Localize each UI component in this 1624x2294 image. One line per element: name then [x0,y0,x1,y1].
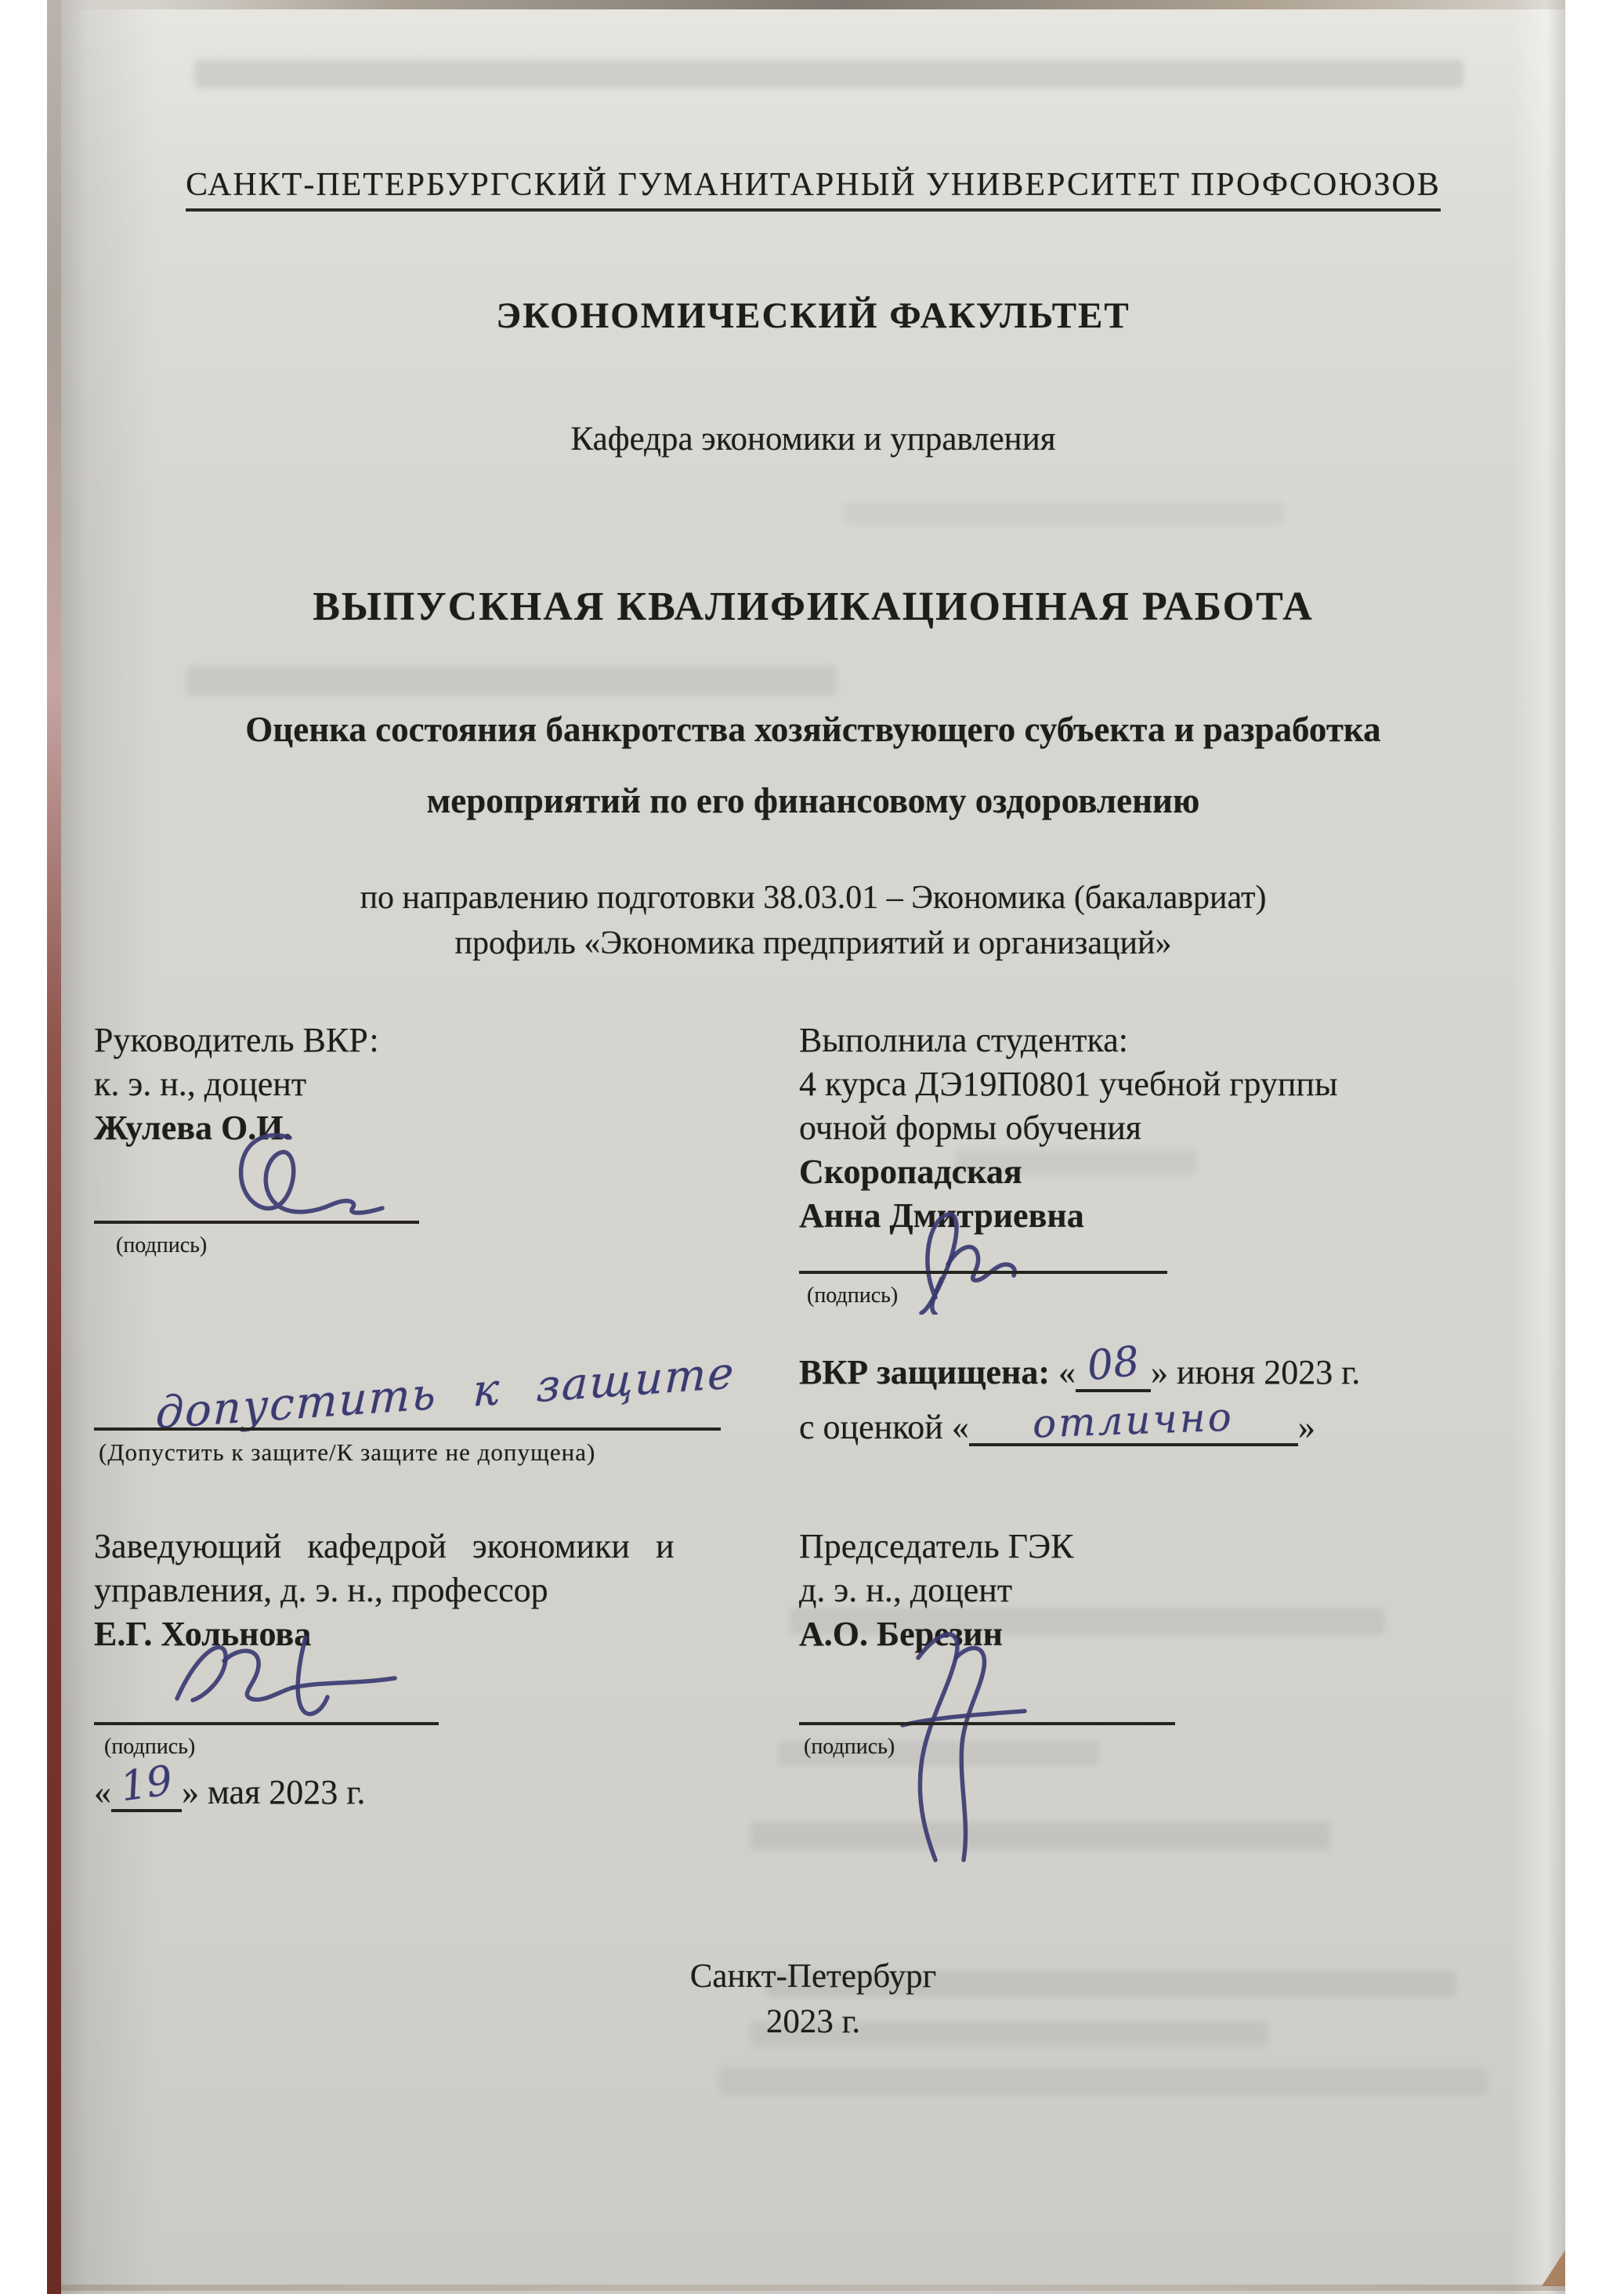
thesis-title-line2: мероприятий по его финансовому оздоровле… [61,780,1565,821]
page-top-edge-shadow [61,0,1565,9]
bleed-through-ghost [194,60,1463,88]
university-name: САНКТ-ПЕТЕРБУРГСКИЙ ГУМАНИТАРНЫЙ УНИВЕРС… [61,166,1565,204]
department-name: Кафедра экономики и управления [61,420,1565,458]
head-signature-caption: (подпись) [104,1735,195,1760]
page-bottom-edge-shadow [61,2285,1565,2291]
document-page: САНКТ-ПЕТЕРБУРГСКИЙ ГУМАНИТАРНЫЙ УНИВЕРС… [61,0,1565,2294]
student-surname: Скоропадская [799,1152,1022,1192]
gek-line1: Председатель ГЭК [799,1526,1074,1566]
defense-grade-suffix: » [1298,1408,1315,1446]
defense-close-quote: » [1151,1353,1168,1391]
supervisor-signature-line [94,1221,419,1224]
program-line1: по направлению подготовки 38.03.01 – Эко… [61,879,1565,917]
faculty-name: ЭКОНОМИЧЕСКИЙ ФАКУЛЬТЕТ [61,295,1565,337]
defense-grade-prefix: с оценкой « [799,1408,969,1446]
head-line2: управления, д. э. н., профессор [94,1570,548,1610]
supervisor-signature-caption: (подпись) [116,1233,207,1258]
student-signature [884,1197,1087,1315]
supervisor-degree: к. э. н., доцент [94,1064,306,1104]
photographed-title-page: САНКТ-ПЕТЕРБУРГСКИЙ ГУМАНИТАРНЫЙ УНИВЕРС… [0,0,1624,2294]
defense-open-quote: « [1058,1353,1076,1391]
head-date-rest: » мая 2023 г. [182,1773,365,1811]
admission-caption: (Допустить к защите/К защите не допущена… [99,1438,595,1467]
footer-city: Санкт-Петербург [61,1957,1565,1995]
gek-signature [868,1616,1056,1874]
defense-line1: ВКР защищена: «08» июня 2023 г. [799,1352,1360,1392]
student-signature-line [799,1271,1167,1274]
student-form-line: очной формы обучения [799,1108,1141,1148]
defense-line2: с оценкой «отлично» [799,1407,1315,1447]
head-signature-line [94,1722,439,1725]
thesis-title-line1: Оценка состояния банкротства хозяйствующ… [61,709,1565,750]
student-label: Выполнила студентка: [799,1020,1128,1060]
admission-line [94,1427,721,1431]
head-date-day-handwritten: 19 [118,1763,175,1807]
head-line1: Заведующий кафедрой экономики и [94,1526,675,1566]
student-group-line: 4 курса ДЭ19П0801 учебной группы [799,1064,1338,1104]
student-signature-caption: (подпись) [807,1283,898,1308]
defense-label: ВКР защищена: [799,1353,1050,1391]
head-date-line: «19» мая 2023 г. [94,1772,365,1812]
supervisor-label: Руководитель ВКР: [94,1020,379,1060]
bleed-through-ghost [845,501,1283,525]
work-type-heading: ВЫПУСКНАЯ КВАЛИФИКАЦИОННАЯ РАБОТА [61,584,1565,630]
binding-corner [1542,2250,1565,2286]
admission-handwritten-resolution: допустить к защите [155,1348,736,1439]
head-signature [155,1620,421,1722]
supervisor-signature [155,1127,414,1228]
gek-signature-line [799,1722,1175,1725]
defense-date-rest: июня 2023 г. [1177,1353,1360,1391]
defense-grade-handwritten: отлично [1033,1400,1235,1442]
gek-signature-caption: (подпись) [804,1735,895,1760]
program-line2: профиль «Экономика предприятий и организ… [61,924,1565,962]
head-date-open-quote: « [94,1773,111,1811]
footer-year: 2023 г. [61,2003,1565,2041]
bleed-through-ghost [186,666,837,696]
book-binding-edge [47,0,63,2294]
defense-day-handwritten: 08 [1086,1344,1141,1385]
gek-line2: д. э. н., доцент [799,1570,1012,1610]
bleed-through-ghost [719,2068,1487,2095]
